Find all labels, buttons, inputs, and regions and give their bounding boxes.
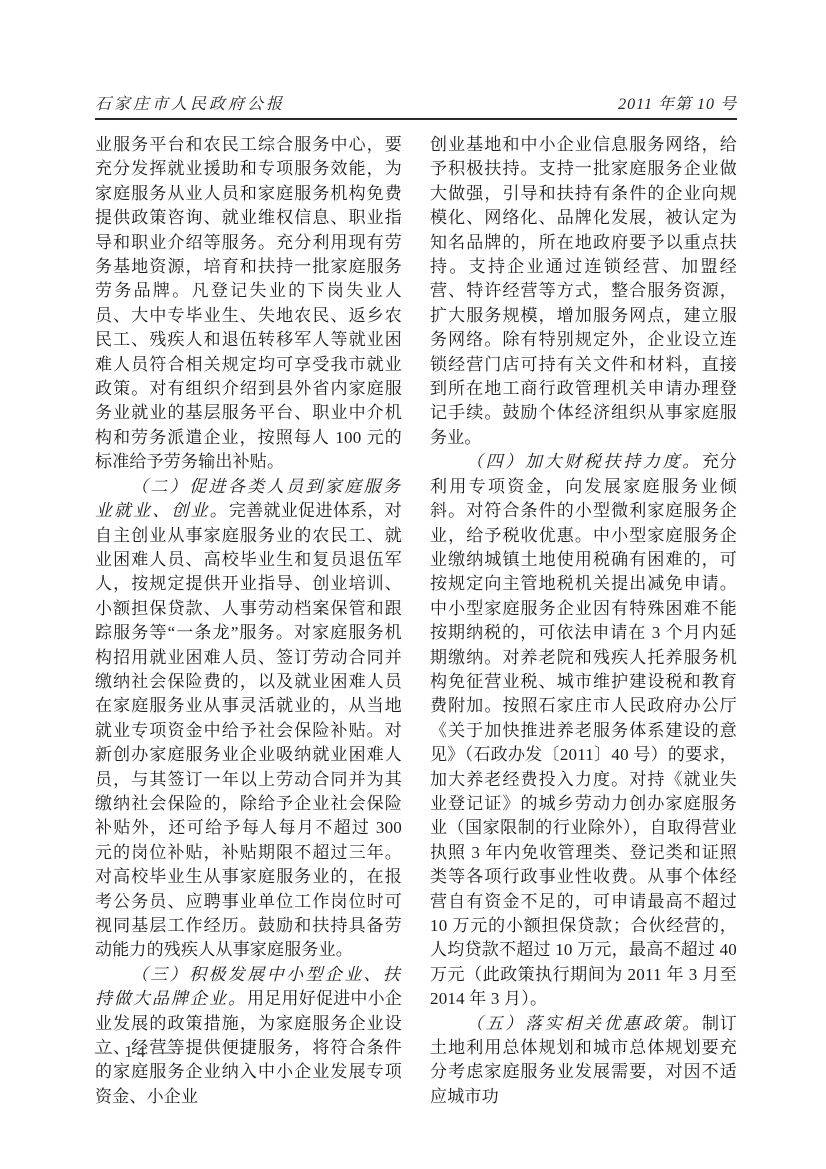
paragraph: （二）促进各类人员到家庭服务业就业、创业。完善就业促进体系，对自主创业从事家庭服… — [95, 475, 402, 963]
paragraph: （五）落实相关优惠政策。制订土地利用总体规划和城市总体规划要充分考虑家庭服务业发… — [430, 1012, 737, 1110]
text-column-left: 业服务平台和农民工综合服务中心，要充分发挥就业援助和专项服务效能，为家庭服务从业… — [95, 133, 402, 1109]
paragraph-text: 完善就业促进体系，对自主创业从事家庭服务业的农民工、就业困难人员、高校毕业生和复… — [95, 501, 402, 959]
paragraph-continued: 创业基地和中小企业信息服务网络，给予积极扶持。支持一批家庭服务企业做大做强，引导… — [430, 133, 737, 450]
paragraph-text: 业服务平台和农民工综合服务中心，要充分发挥就业援助和专项服务效能，为家庭服务从业… — [95, 135, 402, 471]
running-header: 石家庄市人民政府公报 2011 年第 10 号 — [95, 88, 737, 114]
paragraph: （三）积极发展中小型企业、扶持做大品牌企业。用足用好促进中小企业发展的政策措施，… — [95, 963, 402, 1109]
issue-number: 2011 年第 10 号 — [618, 91, 737, 114]
paragraph: （四）加大财税扶持力度。充分利用专项资金，向发展家庭服务业倾斜。对符合条件的小型… — [430, 450, 737, 1011]
paragraph-text: 充分利用专项资金，向发展家庭服务业倾斜。对符合条件的小型微利家庭服务企业，给予税… — [430, 452, 737, 1008]
gazette-page: 石家庄市人民政府公报 2011 年第 10 号 业服务平台和农民工综合服务中心，… — [0, 0, 826, 1169]
paragraph-continued: 业服务平台和农民工综合服务中心，要充分发挥就业援助和专项服务效能，为家庭服务从业… — [95, 133, 402, 475]
publication-title: 石家庄市人民政府公报 — [95, 91, 285, 114]
clause-lead: （五）落实相关优惠政策。 — [466, 1014, 702, 1033]
clause-lead: （四）加大财税扶持力度。 — [466, 452, 702, 471]
text-column-right: 创业基地和中小企业信息服务网络，给予积极扶持。支持一批家庭服务企业做大做强，引导… — [430, 133, 737, 1109]
paragraph-text: 创业基地和中小企业信息服务网络，给予积极扶持。支持一批家庭服务企业做大做强，引导… — [430, 135, 737, 447]
page-number: — 14 — — [95, 1042, 179, 1062]
header-rule — [95, 118, 737, 120]
